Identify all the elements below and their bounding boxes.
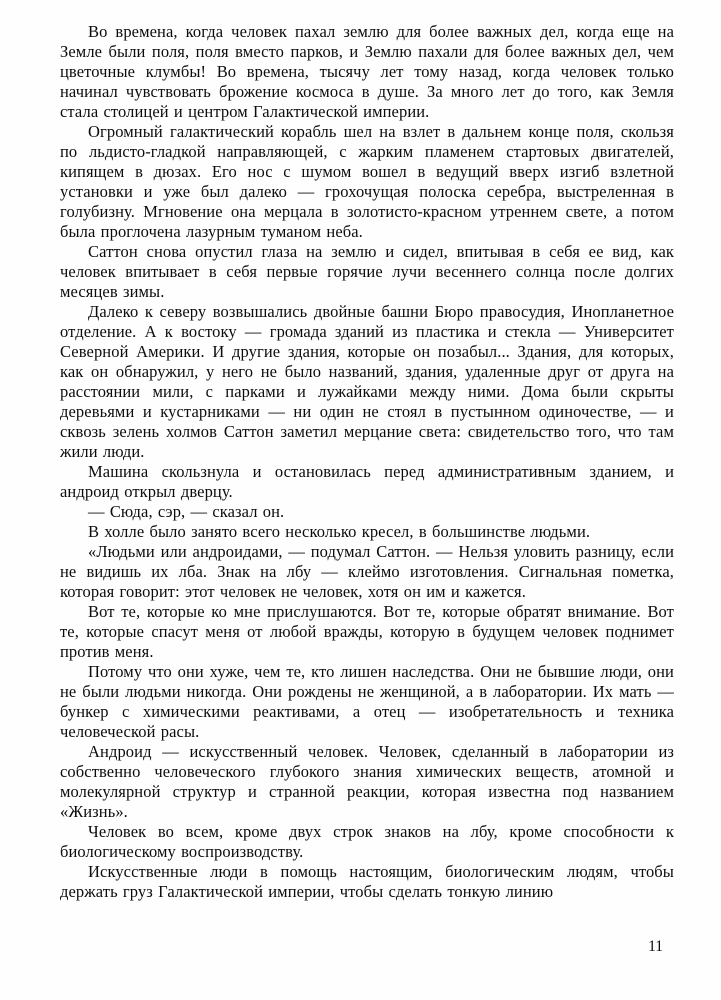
paragraph: Вот те, которые ко мне прислушаются. Вот… (60, 602, 674, 662)
paragraph: Потому что они хуже, чем те, кто лишен н… (60, 662, 674, 742)
book-page: Во времена, когда человек пахал землю дл… (0, 0, 721, 1000)
page-number: 11 (648, 939, 663, 955)
paragraph: «Людьми или андроидами, — подумал Саттон… (60, 542, 674, 602)
paragraph: Машина скользнула и остановилась перед а… (60, 462, 674, 502)
paragraph: Искусственные люди в помощь настоящим, б… (60, 862, 674, 902)
paragraph: Во времена, когда человек пахал землю дл… (60, 22, 674, 122)
page-text: Во времена, когда человек пахал землю дл… (60, 22, 674, 902)
paragraph: Андроид — искусственный человек. Человек… (60, 742, 674, 822)
paragraph: Человек во всем, кроме двух строк знаков… (60, 822, 674, 862)
paragraph: Далеко к северу возвышались двойные башн… (60, 302, 674, 462)
paragraph: Огромный галактический корабль шел на вз… (60, 122, 674, 242)
paragraph: Саттон снова опустил глаза на землю и си… (60, 242, 674, 302)
paragraph: В холле было занято всего несколько крес… (60, 522, 674, 542)
paragraph-dialogue: — Сюда, сэр, — сказал он. (60, 502, 674, 522)
